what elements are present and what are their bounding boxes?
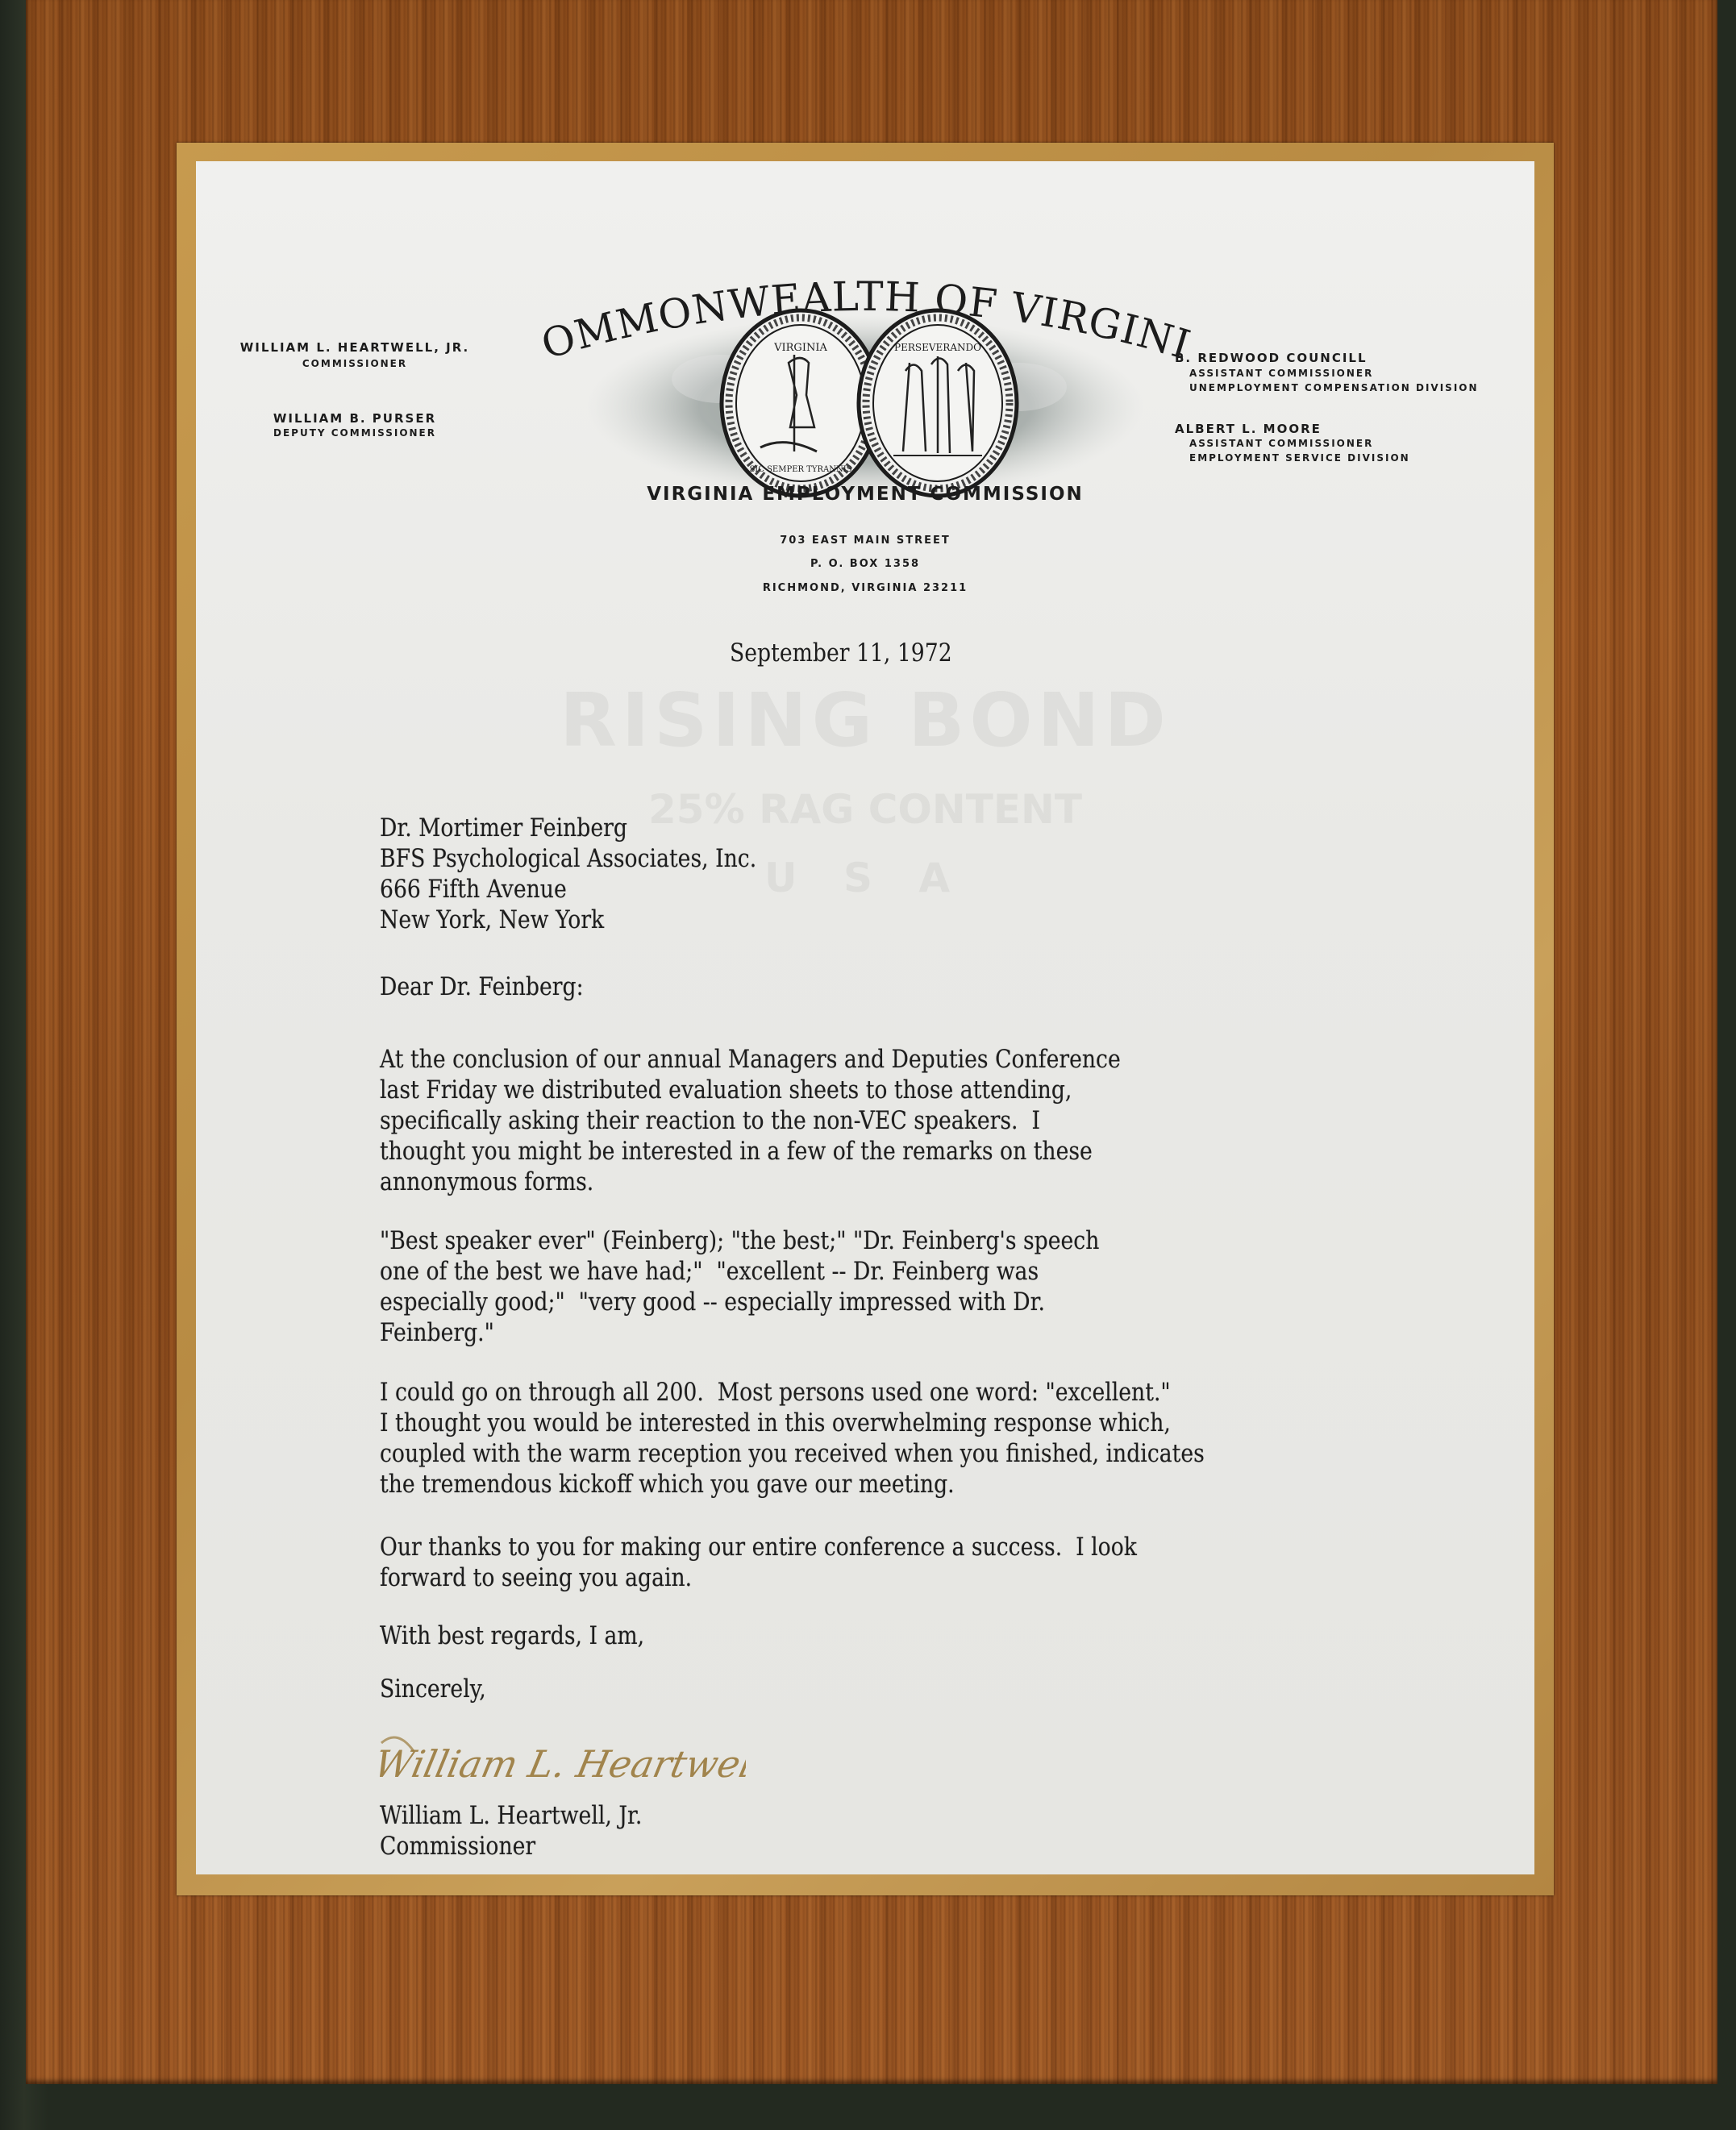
body-line: annonymous forms. [380, 1167, 593, 1198]
watermark-line-1: RISING BOND [196, 677, 1534, 763]
official-name: WILLIAM L. HEARTWELL, JR. [230, 340, 480, 355]
letter-date: September 11, 1972 [730, 639, 952, 668]
address-line: RICHMOND, VIRGINIA 23211 [196, 582, 1534, 594]
closing: Sincerely, [380, 1674, 486, 1705]
svg-text:SIC SEMPER TYRANNIS: SIC SEMPER TYRANNIS [749, 465, 851, 474]
body-line: the tremendous kickoff which you gave ou… [380, 1469, 955, 1500]
seal-perseverando-icon: PERSEVERANDO [859, 310, 1017, 496]
body-line: one of the best we have had;" "excellent… [380, 1256, 1039, 1288]
recipient-line: 666 Fifth Avenue [380, 874, 567, 905]
svg-text:VIRGINIA: VIRGINIA [773, 342, 827, 354]
body-line: specifically asking their reaction to th… [380, 1105, 1040, 1137]
recipient-line: New York, New York [380, 905, 604, 936]
svg-text:PERSEVERANDO: PERSEVERANDO [894, 342, 981, 353]
closing-regards: With best regards, I am, [380, 1620, 644, 1652]
body-line: Feinberg." [380, 1317, 494, 1349]
body-line: last Friday we distributed evaluation sh… [380, 1075, 1072, 1106]
salutation: Dear Dr. Feinberg: [380, 971, 584, 1003]
recipient-line: BFS Psychological Associates, Inc. [380, 843, 756, 875]
body-line: coupled with the warm reception you rece… [380, 1438, 1205, 1470]
official-name: WILLIAM B. PURSER [230, 411, 480, 426]
body-line: especially good;" "very good -- especial… [380, 1287, 1045, 1318]
address-line: 703 EAST MAIN STREET [196, 535, 1534, 547]
official-title: ASSISTANT COMMISSIONER [1189, 438, 1373, 449]
official-division: UNEMPLOYMENT COMPENSATION DIVISION [1189, 382, 1479, 393]
signer-title: Commissioner [380, 1831, 535, 1862]
agency-name: VIRGINIA EMPLOYMENT COMMISSION [196, 484, 1534, 505]
official-division: EMPLOYMENT SERVICE DIVISION [1189, 452, 1410, 464]
recipient-line: Dr. Mortimer Feinberg [380, 813, 627, 844]
body-line: Our thanks to you for making our entire … [380, 1532, 1137, 1563]
body-line: At the conclusion of our annual Managers… [380, 1044, 1121, 1075]
body-line: "Best speaker ever" (Feinberg); "the bes… [380, 1225, 1099, 1257]
official-name: ALBERT L. MOORE [1175, 422, 1322, 436]
address-line: P. O. BOX 1358 [196, 558, 1534, 570]
letter-page: RISING BOND 25% RAG CONTENT U S A WILLIA… [196, 161, 1534, 1874]
body-line: I thought you would be interested in thi… [380, 1408, 1171, 1439]
body-line: I could go on through all 200. Most pers… [380, 1377, 1171, 1408]
body-line: forward to seeing you again. [380, 1562, 692, 1594]
official-title: COMMISSIONER [230, 358, 480, 369]
svg-text:William L. Heartwell Jr.: William L. Heartwell Jr. [375, 1742, 746, 1785]
handwritten-signature: William L. Heartwell Jr. [375, 1727, 746, 1799]
official-title: DEPUTY COMMISSIONER [230, 427, 480, 439]
state-seals: VIRGINIA SIC SEMPER TYRANNIS PERSEVERAND… [583, 306, 1147, 508]
signer-name: William L. Heartwell, Jr. [380, 1800, 642, 1832]
seal-virginia-icon: VIRGINIA SIC SEMPER TYRANNIS [722, 310, 880, 496]
body-line: thought you might be interested in a few… [380, 1136, 1093, 1167]
